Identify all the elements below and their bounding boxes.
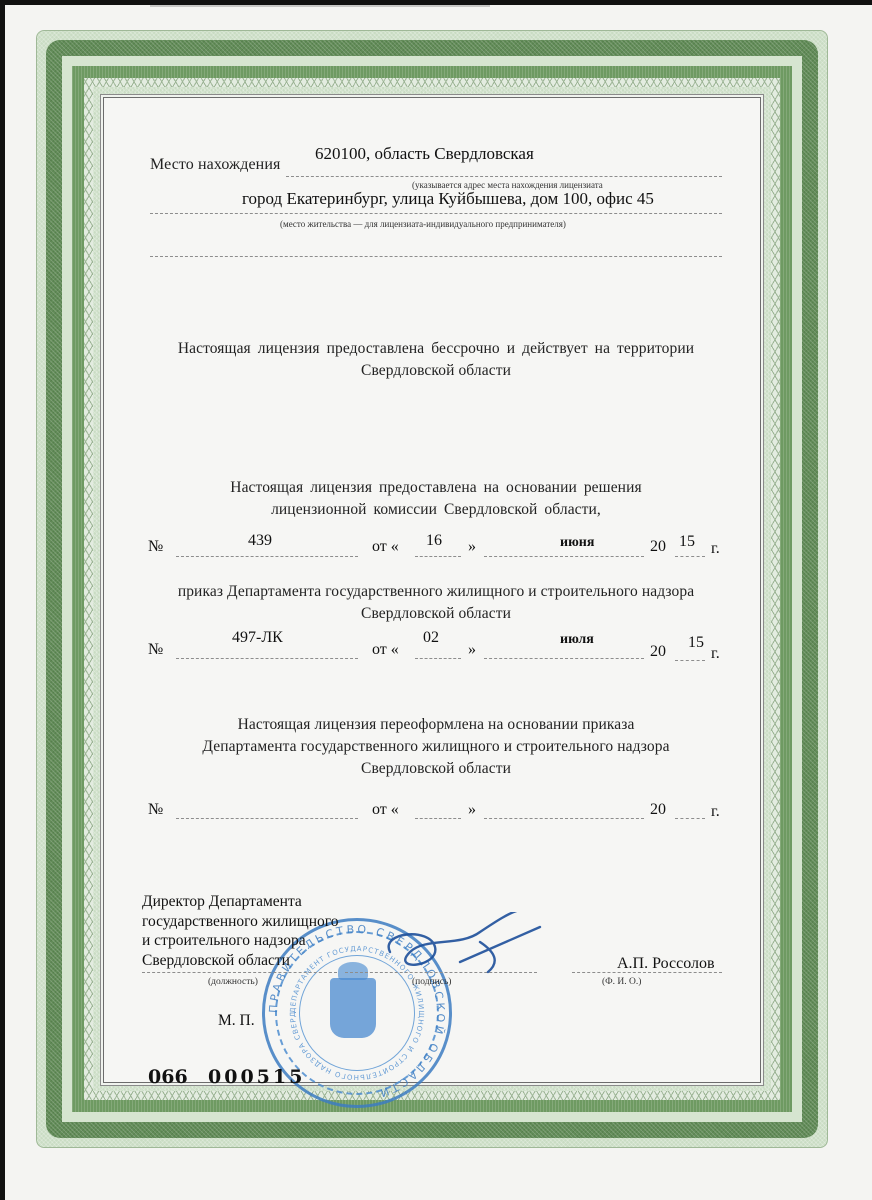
decision-month-line <box>484 556 644 557</box>
location-value-2: город Екатеринбург, улица Куйбышева, дом… <box>242 189 654 209</box>
handwritten-signature <box>370 912 550 982</box>
reissue-line-1: Настоящая лицензия переоформлена на осно… <box>150 716 722 734</box>
decision-year: 15 <box>679 533 695 551</box>
order-line-2: Свердловской области <box>150 605 722 623</box>
decision-no-label: № <box>148 538 163 556</box>
serial-number: 000515 <box>208 1066 305 1088</box>
order-year: 15 <box>688 634 704 652</box>
basis-line-2: лицензионной комиссии Свердловской облас… <box>150 501 722 519</box>
decision-number-line <box>176 556 358 557</box>
location-value-1: 620100, область Свердловская <box>315 144 534 164</box>
decision-century: 20 <box>650 538 666 556</box>
position-line-4: Свердловской области <box>142 951 339 971</box>
serial-series: 066 <box>148 1066 188 1088</box>
location-label: Место нахождения <box>150 156 280 174</box>
reissue-year-suffix: г. <box>711 803 720 821</box>
order-century: 20 <box>650 643 666 661</box>
position-line-1: Директор Департамента <box>142 892 339 912</box>
order-month-line <box>484 658 644 659</box>
decision-number: 439 <box>248 532 272 550</box>
decision-month: июня <box>560 535 594 551</box>
order-from-label: от « <box>372 641 399 659</box>
decision-close-quote: » <box>468 538 476 556</box>
position-caption: (должность) <box>208 977 258 987</box>
position-line-2: государственного жилищного <box>142 912 339 932</box>
reissue-number-line <box>176 818 358 819</box>
reissue-line-2: Департамента государственного жилищного … <box>150 738 722 756</box>
decision-day: 16 <box>426 532 442 550</box>
reissue-close-quote: » <box>468 801 476 819</box>
scan-edge-left <box>0 0 5 1200</box>
decision-day-line <box>415 556 461 557</box>
reissue-month-line <box>484 818 644 819</box>
location-line-3 <box>150 256 722 257</box>
order-year-suffix: г. <box>711 645 720 663</box>
decision-year-suffix: г. <box>711 540 720 558</box>
signatory-name: А.П. Россолов <box>617 955 715 973</box>
scan-shadow <box>150 5 490 7</box>
order-year-line <box>675 660 705 661</box>
seal-place-label: М. П. <box>218 1012 255 1030</box>
order-month: июля <box>560 632 594 648</box>
signatory-position: Директор Департамента государственного ж… <box>142 892 339 970</box>
order-day-line <box>415 658 461 659</box>
validity-line-2: Свердловской области <box>150 362 722 380</box>
location-line-2 <box>150 213 722 214</box>
order-number-line <box>176 658 358 659</box>
basis-line-1: Настоящая лицензия предоставлена на осно… <box>150 479 722 497</box>
order-no-label: № <box>148 641 163 659</box>
name-caption: (Ф. И. О.) <box>602 977 641 987</box>
validity-line-1: Настоящая лицензия предоставлена бессроч… <box>150 340 722 358</box>
reissue-year-line <box>675 818 705 819</box>
decision-year-line <box>675 556 705 557</box>
position-line-3: и строительного надзора <box>142 931 339 951</box>
order-number: 497-ЛК <box>232 629 283 647</box>
reissue-day-line <box>415 818 461 819</box>
order-day: 02 <box>423 629 439 647</box>
reissue-no-label: № <box>148 801 163 819</box>
location-line-1 <box>286 176 722 177</box>
reissue-line-3: Свердловской области <box>150 760 722 778</box>
position-line <box>142 972 337 973</box>
reissue-century: 20 <box>650 801 666 819</box>
decision-from-label: от « <box>372 538 399 556</box>
order-line-1: приказ Департамента государственного жил… <box>150 583 722 601</box>
location-caption-2: (место жительства — для лицензиата-индив… <box>280 219 566 229</box>
reissue-from-label: от « <box>372 801 399 819</box>
order-close-quote: » <box>468 641 476 659</box>
